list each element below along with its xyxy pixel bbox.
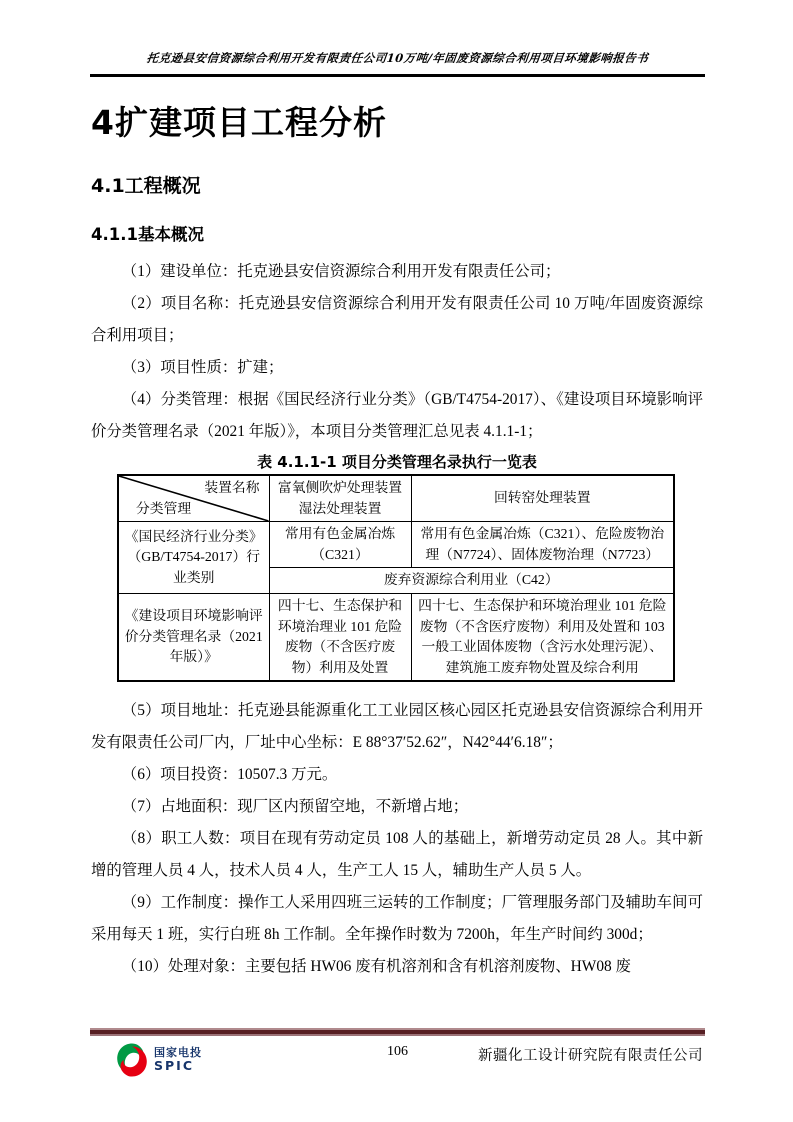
column-header-kiln: 回转窑处理装置: [411, 475, 674, 522]
corner-label-management: 分类管理: [136, 499, 191, 520]
cell-eia-furnace: 四十七、生态保护和环境治理业 101 危险废物（不含医疗废物）利用及处置: [269, 594, 411, 682]
running-header-title: 托克逊县安信资源综合利用开发有限责任公司10万吨/年固废资源综合利用项目环境影响…: [89, 50, 706, 66]
paragraph-block-1: （1）建设单位：托克逊县安信资源综合利用开发有限责任公司； （2）项目名称：托克…: [91, 256, 703, 448]
classification-table: 装置名称 分类管理 富氧侧吹炉处理装置 湿法处理装置 回转窑处理装置 《国民经济…: [117, 474, 675, 682]
section-title: 4.1工程概况: [91, 171, 703, 198]
cell-industry-kiln: 常用有色金属冶炼（C321）、危险废物治理（N7724）、固体废物治理（N772…: [411, 522, 674, 568]
subsection-title: 4.1.1基本概况: [91, 221, 703, 245]
paragraph-construction-unit: （1）建设单位：托克逊县安信资源综合利用开发有限责任公司；: [91, 256, 703, 288]
row-label-eia-catalog: 《建设项目环境影响评价分类管理名录（2021年版）》: [118, 594, 269, 682]
paragraph-land-area: （7）占地面积：现厂区内预留空地，不新增占地；: [91, 791, 703, 823]
table-caption: 表 4.1.1-1 项目分类管理名录执行一览表: [91, 451, 703, 472]
table-row-eia: 《建设项目环境影响评价分类管理名录（2021年版）》 四十七、生态保护和环境治理…: [118, 594, 674, 682]
paragraph-block-2: （5）项目地址：托克逊县能源重化工工业园区核心园区托克逊县安信资源综合利用开发有…: [91, 695, 703, 983]
paragraph-project-name: （2）项目名称：托克逊县安信资源综合利用开发有限责任公司 10 万吨/年固废资源…: [91, 288, 703, 352]
document-page: 托克逊县安信资源综合利用开发有限责任公司10万吨/年固废资源综合利用项目环境影响…: [0, 0, 793, 1122]
page-footer: 国家电投 SPIC 106 新疆化工设计研究院有限责任公司: [90, 1040, 705, 1088]
paragraph-classification-management: （4）分类管理：根据《国民经济行业分类》（GB/T4754-2017）、《建设项…: [91, 384, 703, 448]
paragraph-staff-number: （8）职工人数：项目在现有劳动定员 108 人的基础上，新增劳动定员 28 人。…: [91, 823, 703, 887]
corner-label-device: 装置名称: [204, 478, 259, 499]
cell-industry-merged: 废弃资源综合利用业（C42）: [269, 568, 674, 594]
paragraph-treatment-target: （10）处理对象：主要包括 HW06 废有机溶剂和含有机溶剂废物、HW08 废: [91, 951, 703, 983]
column-header-furnace: 富氧侧吹炉处理装置 湿法处理装置: [269, 475, 411, 522]
paragraph-project-address: （5）项目地址：托克逊县能源重化工工业园区核心园区托克逊县安信资源综合利用开发有…: [91, 695, 703, 759]
table-row-industry: 《国民经济行业分类》（GB/T4754-2017）行业类别 常用有色金属冶炼（C…: [118, 522, 674, 568]
page-content: 4扩建项目工程分析 4.1工程概况 4.1.1基本概况 （1）建设单位：托克逊县…: [91, 96, 703, 983]
furnace-header-line1: 富氧侧吹炉处理装置: [275, 478, 406, 499]
logo-text-en: SPIC: [154, 1060, 202, 1073]
row-label-industry-classification: 《国民经济行业分类》（GB/T4754-2017）行业类别: [118, 522, 269, 594]
furnace-header-line2: 湿法处理装置: [275, 499, 406, 520]
cell-eia-kiln: 四十七、生态保护和环境治理业 101 危险废物（不含医疗废物）利用及处置和 10…: [411, 594, 674, 682]
table-header-row: 装置名称 分类管理 富氧侧吹炉处理装置 湿法处理装置 回转窑处理装置: [118, 475, 674, 522]
paragraph-work-system: （9）工作制度：操作工人采用四班三运转的工作制度；厂管理服务部门及辅助车间可采用…: [91, 887, 703, 951]
cell-industry-furnace: 常用有色金属冶炼（C321）: [269, 522, 411, 568]
header-rule: [90, 74, 705, 77]
footer-separator: [90, 1028, 705, 1036]
footer-company: 新疆化工设计研究院有限责任公司: [478, 1044, 703, 1065]
paragraph-project-nature: （3）项目性质：扩建；: [91, 352, 703, 384]
corner-cell: 装置名称 分类管理: [118, 475, 269, 522]
paragraph-project-investment: （6）项目投资：10507.3 万元。: [91, 759, 703, 791]
chapter-title: 4扩建项目工程分析: [91, 102, 703, 144]
